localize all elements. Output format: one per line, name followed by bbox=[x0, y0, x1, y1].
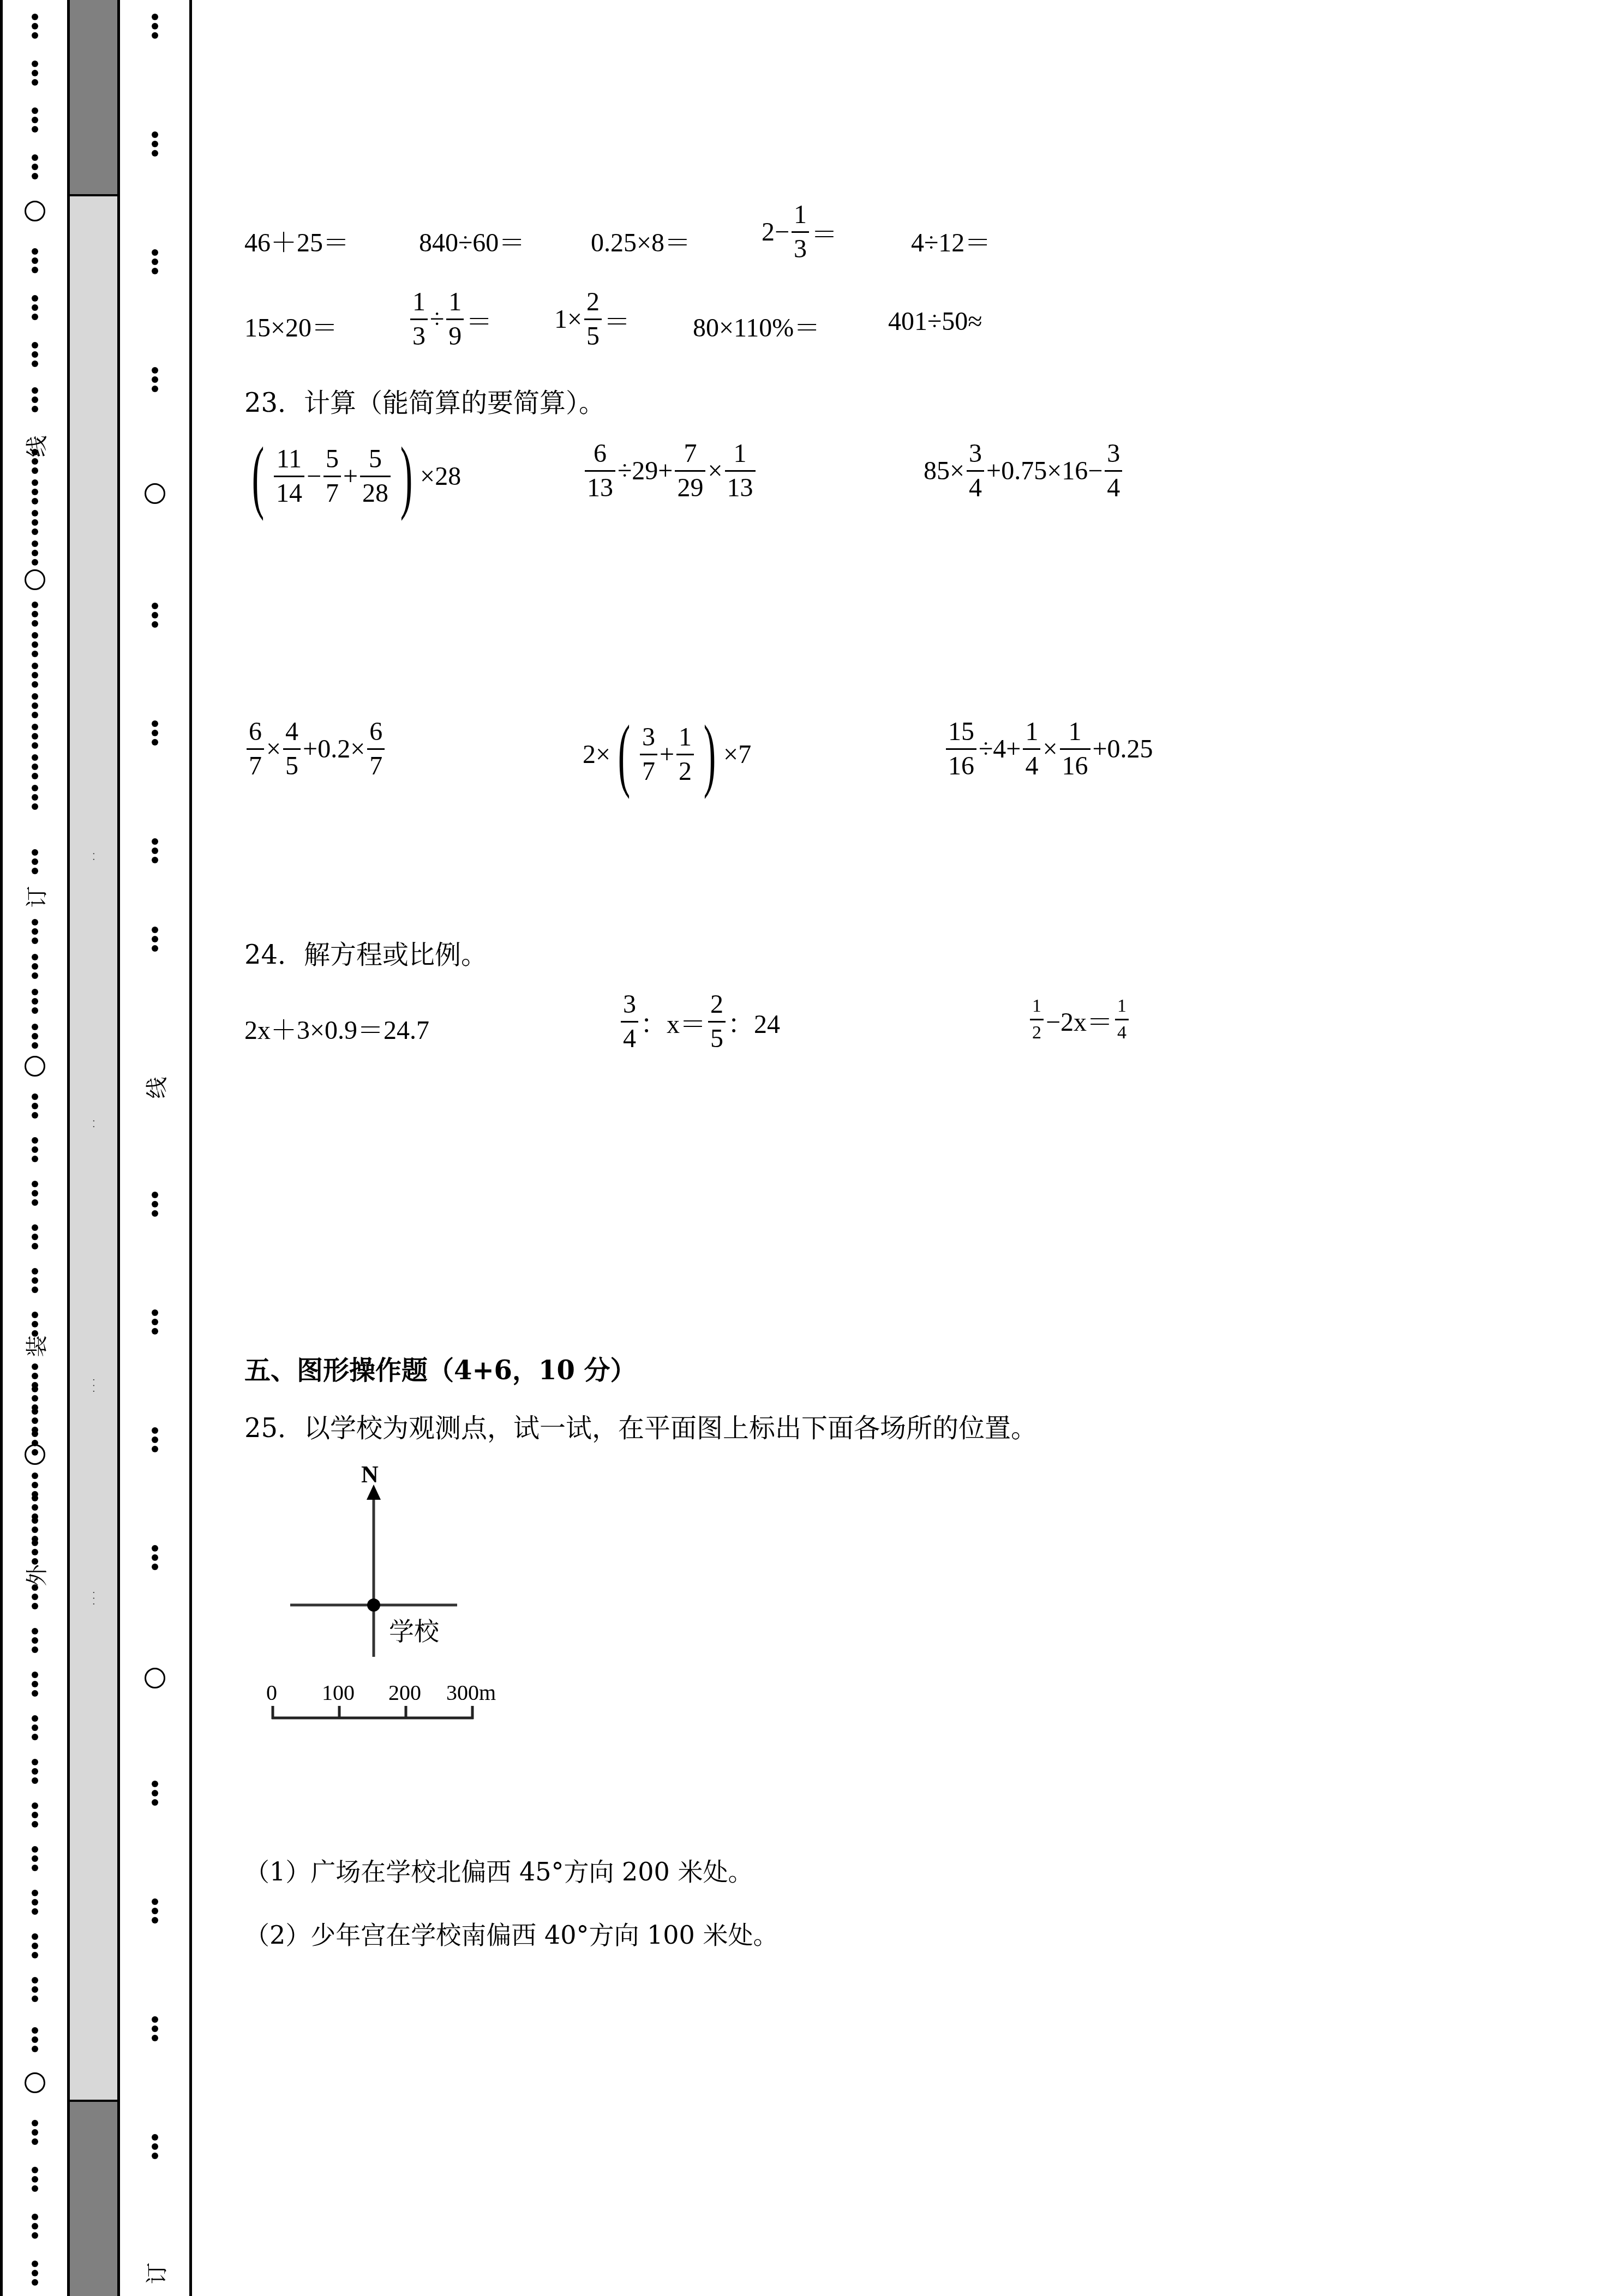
dots-icon bbox=[152, 1307, 158, 1337]
margin-label-zhuang: 装 bbox=[20, 1336, 51, 1357]
school-label: 学校 bbox=[389, 1612, 439, 1648]
oral-calc-10: 401÷50≈ bbox=[888, 306, 982, 336]
dots-icon bbox=[32, 245, 38, 276]
question-25-title: 25．以学校为观测点，试一试，在平面图上标出下面各场所的位置。 bbox=[244, 1407, 1037, 1445]
dots-icon bbox=[152, 2013, 158, 2044]
question-25-part-2: （2）少年宫在学校南偏西 40°方向 100 米处。 bbox=[244, 1915, 778, 1951]
dots-icon bbox=[32, 1021, 38, 1051]
equation-3: 12 −2x＝ 14 bbox=[1028, 997, 1131, 1042]
binding-margin-inner: 线 订 bbox=[120, 0, 192, 2296]
dots-icon bbox=[32, 1625, 38, 1656]
calc-expr-4: 67 × 45 +0.2× 67 bbox=[244, 719, 387, 779]
compass-diagram: N 学校 0 100 200 300m bbox=[244, 1451, 599, 1832]
strip-faint-marks: · · · bbox=[88, 1591, 99, 1606]
binding-strip: · · · · · · · · · · bbox=[70, 0, 120, 2296]
dots-icon bbox=[32, 1134, 38, 1165]
oral-calc-2: 840÷60＝ bbox=[419, 221, 525, 259]
question-24-title: 24．解方程或比例。 bbox=[244, 934, 487, 971]
calc-expr-2: 613 ÷29+ 729 × 113 bbox=[583, 441, 758, 501]
dots-icon bbox=[32, 986, 38, 1017]
dots-icon bbox=[32, 152, 38, 182]
scale-label-200: 200 bbox=[388, 1680, 421, 1705]
dots-icon bbox=[32, 58, 38, 88]
binding-strip-dark-bottom bbox=[70, 2100, 117, 2296]
strip-faint-marks: · · bbox=[88, 1119, 99, 1128]
calc-expr-5: 2× ( 37 + 12 ) ×7 bbox=[583, 713, 751, 795]
dots-icon bbox=[32, 951, 38, 982]
circle-icon bbox=[145, 1668, 165, 1688]
dots-icon bbox=[32, 1931, 38, 1961]
dots-icon bbox=[32, 477, 38, 507]
dots-icon bbox=[152, 1542, 158, 1573]
fraction: 13 bbox=[410, 289, 428, 350]
dots-icon bbox=[32, 1800, 38, 1830]
oral-calc-7: 13 ÷ 19 ＝ bbox=[408, 289, 492, 350]
scale-label-100: 100 bbox=[322, 1680, 355, 1705]
dots-icon bbox=[152, 600, 158, 630]
dots-icon bbox=[32, 1178, 38, 1209]
calc-expr-6: 1516 ÷4+ 14 × 116 +0.25 bbox=[944, 719, 1153, 779]
dots-icon bbox=[32, 916, 38, 947]
dots-icon bbox=[32, 2211, 38, 2241]
dots-icon bbox=[32, 1537, 38, 1567]
dots-icon bbox=[152, 1778, 158, 1808]
dots-icon bbox=[32, 105, 38, 135]
dots-icon bbox=[32, 1222, 38, 1252]
equation-1: 2x＋3×0.9＝24.7 bbox=[244, 1009, 429, 1047]
dots-icon bbox=[152, 718, 158, 748]
dots-icon bbox=[32, 846, 38, 877]
binding-strip-dark-top bbox=[70, 0, 117, 196]
equation-2: 34 ：x＝ 25 ：24 bbox=[619, 991, 780, 1052]
circle-icon bbox=[25, 1444, 45, 1465]
dots-icon bbox=[32, 538, 38, 568]
dots-icon bbox=[32, 384, 38, 415]
dots-icon bbox=[152, 247, 158, 277]
dots-icon bbox=[32, 1265, 38, 1296]
dots-icon bbox=[32, 1974, 38, 2005]
question-23-title: 23．计算（能简算的要简算）。 bbox=[244, 382, 605, 419]
dots-icon bbox=[152, 836, 158, 866]
strip-faint-marks: · · · bbox=[88, 1378, 99, 1393]
margin-inner-label-xian: 线 bbox=[139, 1077, 170, 1099]
dots-icon bbox=[152, 1425, 158, 1455]
dots-icon bbox=[32, 721, 38, 752]
oral-calc-1: 46＋25＝ bbox=[244, 221, 349, 259]
section-5-title: 五、图形操作题（4+6，10 分） bbox=[244, 1349, 637, 1387]
dots-icon bbox=[32, 660, 38, 690]
dots-icon bbox=[32, 1756, 38, 1787]
dots-icon bbox=[152, 1189, 158, 1219]
dots-icon bbox=[32, 690, 38, 721]
oral-calc-4: 2− 13 ＝ bbox=[762, 202, 837, 262]
circle-icon bbox=[25, 1056, 45, 1077]
circle-icon bbox=[25, 569, 45, 590]
dots-icon bbox=[32, 599, 38, 629]
dots-icon bbox=[152, 2131, 158, 2162]
dots-icon bbox=[32, 292, 38, 323]
circle-icon bbox=[145, 483, 165, 504]
scale-label-0: 0 bbox=[266, 1680, 277, 1705]
circle-icon bbox=[25, 2072, 45, 2093]
fraction: 25 bbox=[584, 289, 602, 350]
dots-icon bbox=[32, 752, 38, 782]
dots-icon bbox=[152, 11, 158, 41]
dots-icon bbox=[32, 1582, 38, 1612]
oral-calc-6: 15×20＝ bbox=[244, 306, 338, 344]
circle-icon bbox=[25, 201, 45, 221]
binding-margin-outer: 线 订 装 外 bbox=[0, 0, 70, 2296]
dots-icon bbox=[32, 782, 38, 813]
margin-inner-label-ding: 订 bbox=[139, 2263, 170, 2285]
fraction: 13 bbox=[792, 202, 809, 262]
dots-icon bbox=[32, 11, 38, 41]
margin-label-ding: 订 bbox=[20, 886, 51, 908]
calc-expr-1: ( 1114 − 57 + 528 ) ×28 bbox=[244, 435, 461, 517]
calc-expr-3: 85× 34 +0.75×16− 34 bbox=[924, 441, 1124, 501]
dots-icon bbox=[152, 1896, 158, 1926]
dots-icon bbox=[32, 1843, 38, 1874]
dots-icon bbox=[32, 2117, 38, 2148]
north-label: N bbox=[361, 1460, 379, 1488]
oral-calc-9: 80×110%＝ bbox=[693, 306, 820, 344]
dots-icon bbox=[32, 2024, 38, 2055]
dots-icon bbox=[32, 446, 38, 477]
dots-icon bbox=[32, 2258, 38, 2288]
oral-calc-3: 0.25×8＝ bbox=[591, 221, 691, 259]
fraction: 19 bbox=[446, 289, 464, 350]
dots-icon bbox=[32, 1887, 38, 1918]
scale-label-300m: 300m bbox=[446, 1680, 496, 1705]
dots-icon bbox=[32, 629, 38, 660]
dots-icon bbox=[152, 924, 158, 954]
dots-icon bbox=[32, 339, 38, 370]
oral-calc-8: 1× 25 ＝ bbox=[554, 289, 630, 350]
dots-icon bbox=[152, 364, 158, 395]
dots-icon bbox=[32, 1712, 38, 1743]
oral-calc-5: 4÷12＝ bbox=[911, 221, 991, 259]
dots-icon bbox=[32, 507, 38, 538]
question-25-part-1: （1）广场在学校北偏西 45°方向 200 米处。 bbox=[244, 1852, 753, 1888]
dots-icon bbox=[32, 2164, 38, 2195]
strip-faint-marks: · · bbox=[88, 852, 99, 861]
dots-icon bbox=[152, 129, 158, 159]
dots-icon bbox=[32, 1669, 38, 1699]
dots-icon bbox=[32, 1091, 38, 1121]
